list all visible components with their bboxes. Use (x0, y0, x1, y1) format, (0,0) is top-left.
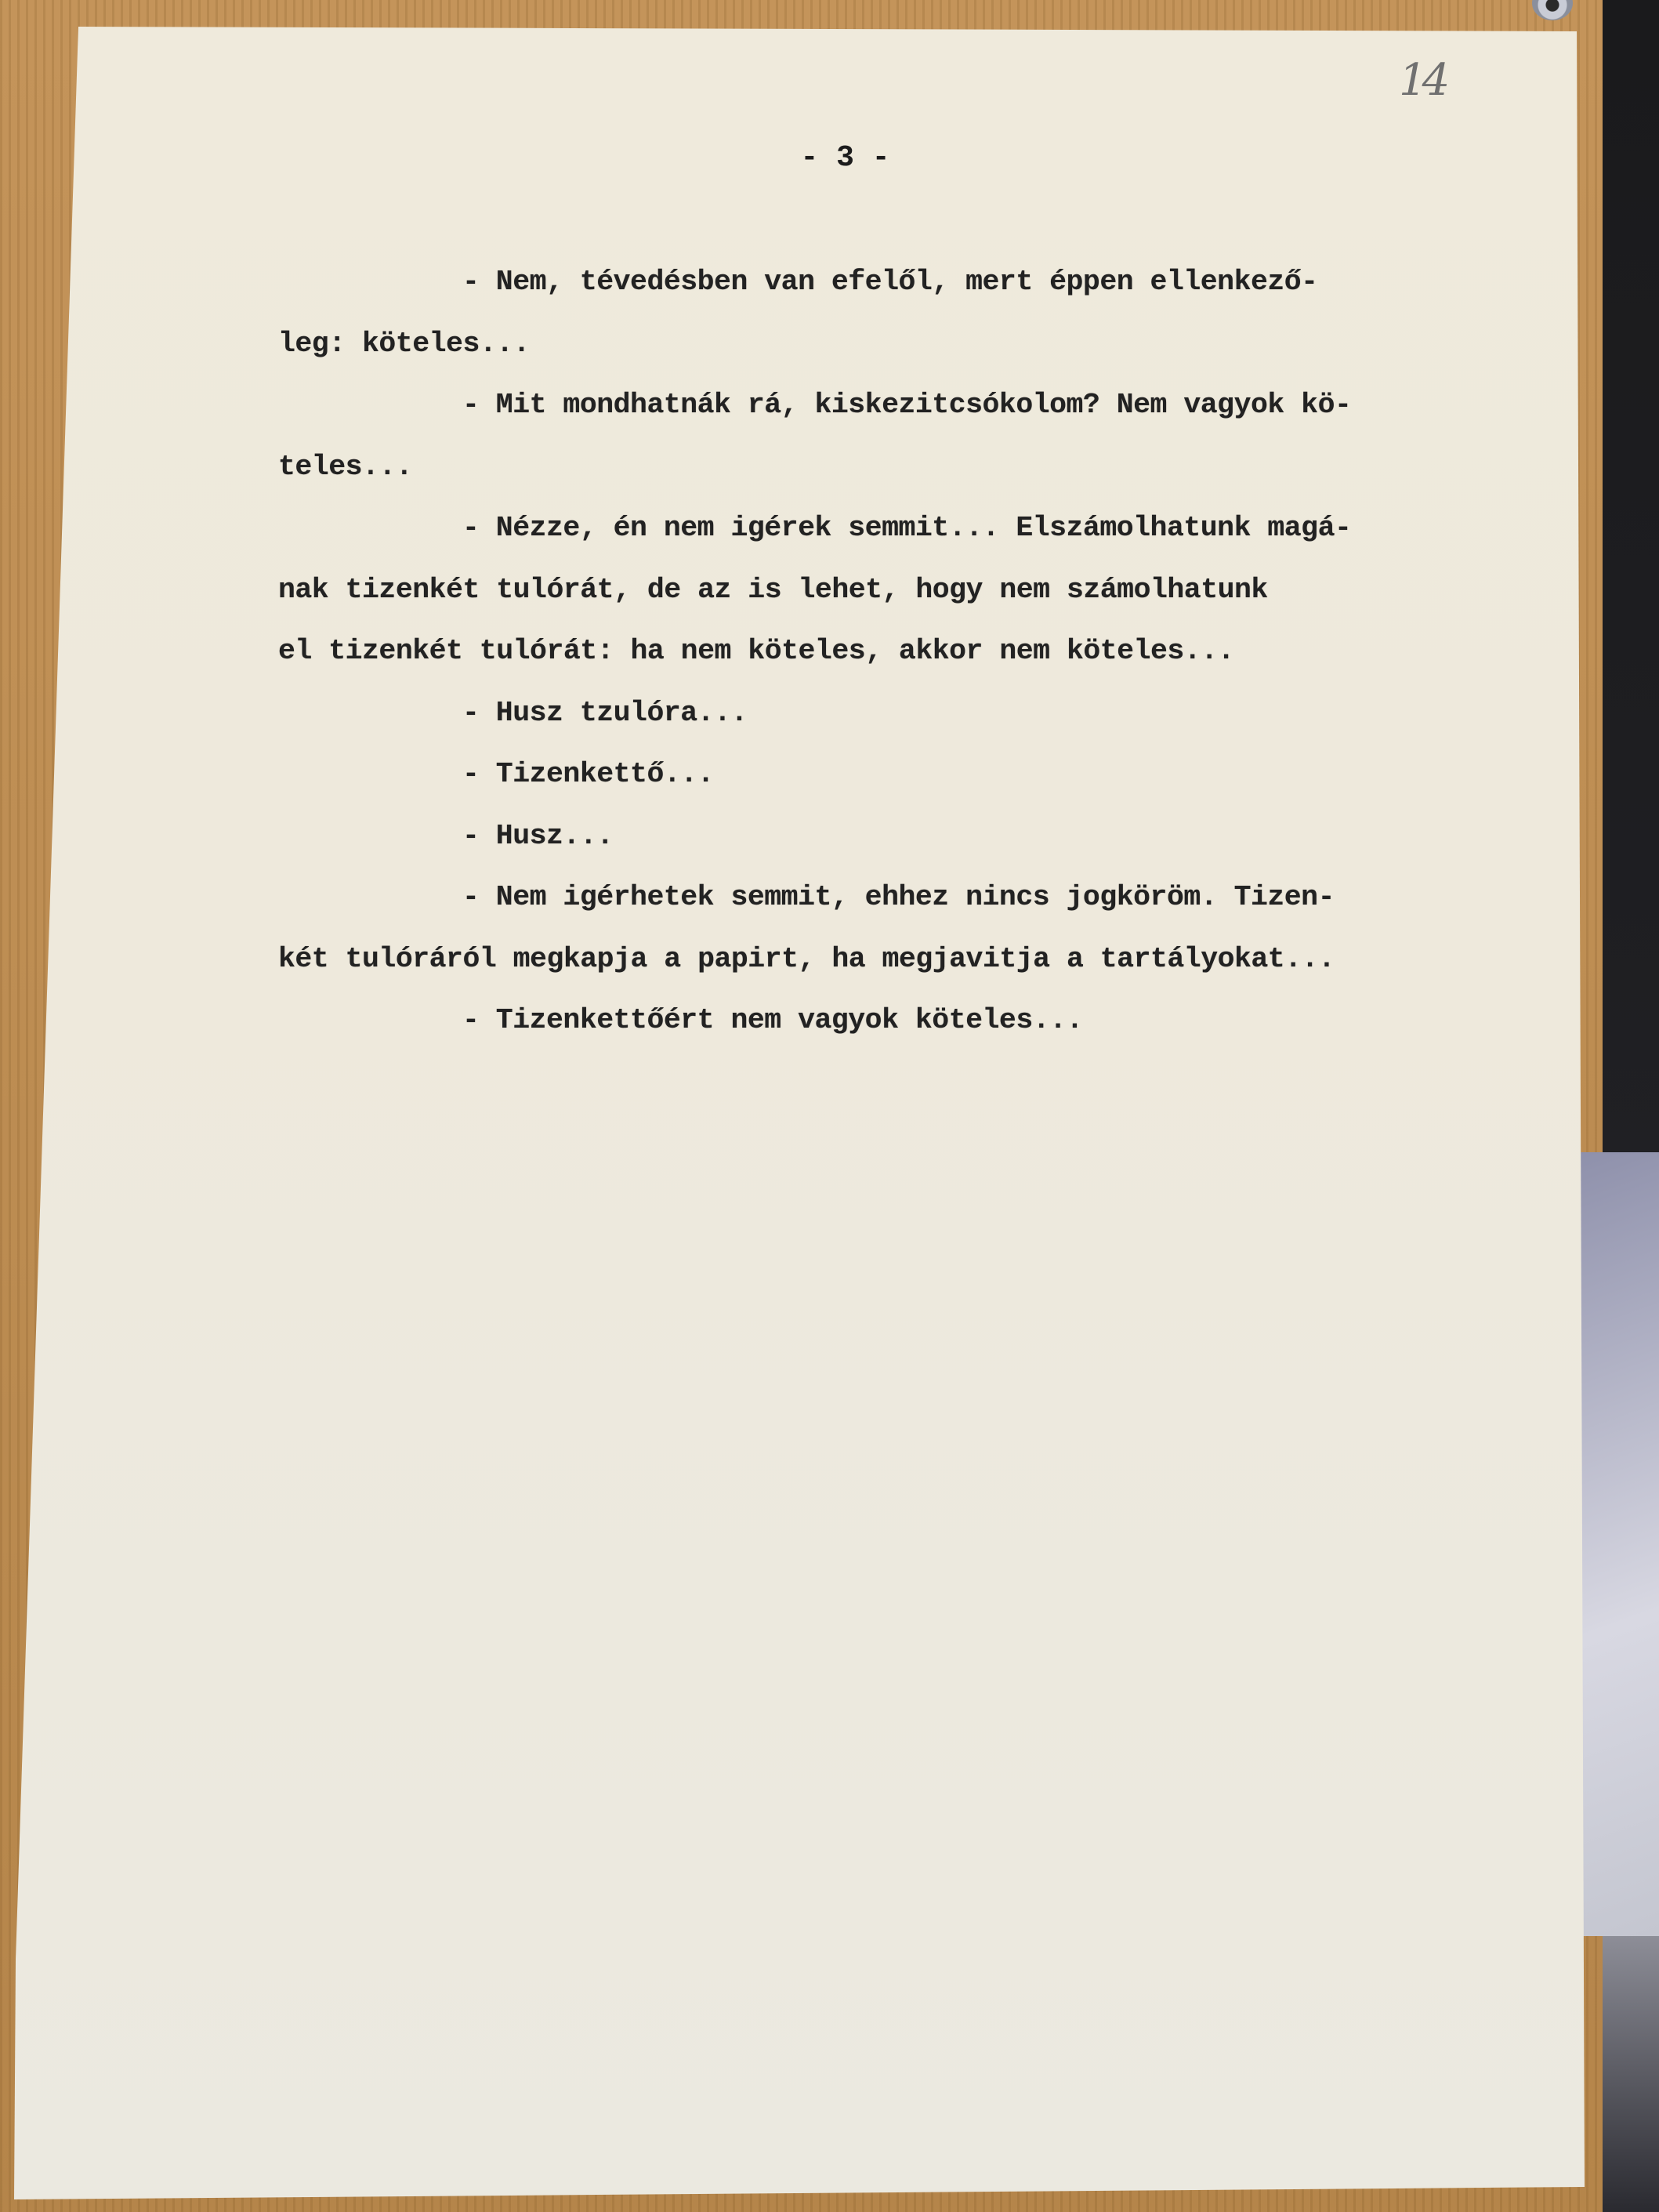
background-cloth (1575, 1152, 1659, 1936)
text-line: el tizenkét tulórát: ha nem köteles, akk… (278, 632, 1501, 694)
text-line: két tulóráról megkapja a papirt, ha megj… (278, 940, 1501, 1002)
text-line: - Husz... (278, 817, 1501, 879)
text-line: - Mit mondhatnák rá, kiskezitcsókolom? N… (278, 386, 1501, 448)
text-line: leg: köteles... (278, 325, 1501, 386)
text-line: - Nézze, én nem igérek semmit... Elszámo… (278, 509, 1501, 571)
text-line: teles... (278, 448, 1501, 509)
text-line: - Tizenkettő... (278, 755, 1501, 817)
page-number: - 3 - (0, 141, 1659, 175)
typed-text-body: - Nem, tévedésben van efelől, mert éppen… (278, 263, 1501, 1063)
text-line: - Tizenkettőért nem vagyok köteles... (278, 1001, 1501, 1063)
binder-eyelet (1532, 0, 1573, 20)
text-line: nak tizenkét tulórát, de az is lehet, ho… (278, 571, 1501, 633)
text-line: - Nem igérhetek semmit, ehhez nincs jogk… (278, 878, 1501, 940)
handwritten-folio-number: 14 (1399, 55, 1445, 106)
typewritten-page: 14 - 3 - - Nem, tévedésben van efelől, m… (0, 0, 1659, 2212)
text-line: - Husz tzulóra... (278, 694, 1501, 756)
text-line: - Nem, tévedésben van efelől, mert éppen… (278, 263, 1501, 325)
